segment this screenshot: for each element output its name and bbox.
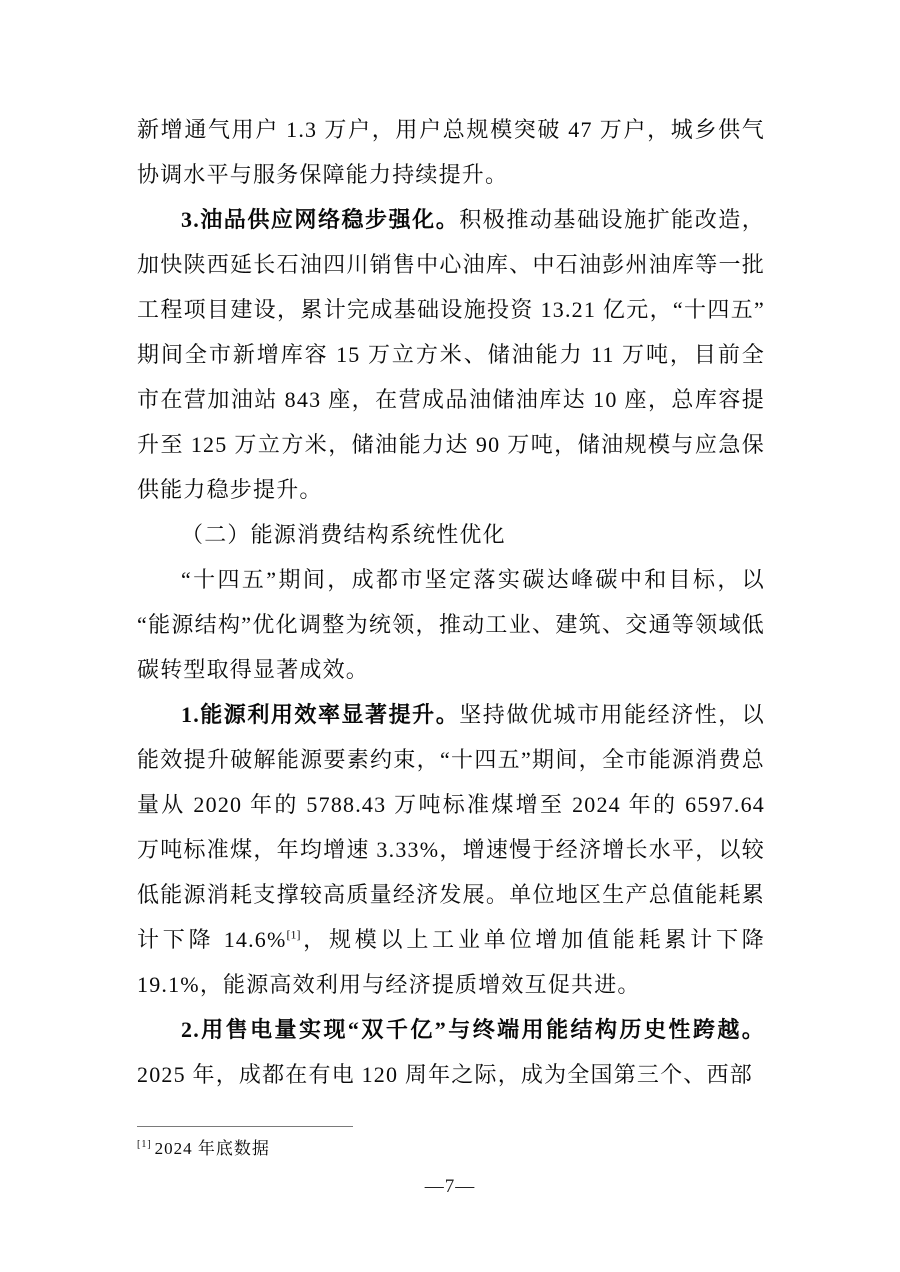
text-run: 坚持做优城市用能经济性，以能效提升破解能源要素约束，“十四五”期间，全市能源消费… <box>137 702 765 952</box>
text-run: “十四五”期间，成都市坚定落实碳达峰碳中和目标，以“能源结构”优化调整为统领，推… <box>137 567 765 682</box>
text-run: 新增通气用户 1.3 万户，用户总规模突破 47 万户，城乡供气协调水平与服务保… <box>137 117 765 187</box>
footnote-area: [1]2024 年底数据 <box>137 1126 765 1159</box>
footnote-content: 2024 年底数据 <box>155 1139 270 1158</box>
footnote-marker: [1] <box>137 1139 152 1150</box>
text-run: 积极推动基础设施扩能改造，加快陕西延长石油四川销售中心油库、中石油彭州油库等一批… <box>137 207 765 502</box>
document-page: 新增通气用户 1.3 万户，用户总规模突破 47 万户，城乡供气协调水平与服务保… <box>0 0 900 1272</box>
inline-heading-electricity: 2.用售电量实现“双千亿”与终端用能结构历史性跨越。 <box>181 1017 765 1042</box>
section-heading-energy-consumption: （二）能源消费结构系统性优化 <box>137 512 765 557</box>
document-body: 新增通气用户 1.3 万户，用户总规模突破 47 万户，城乡供气协调水平与服务保… <box>137 107 765 1097</box>
paragraph-energy-efficiency: 1.能源利用效率显著提升。坚持做优城市用能经济性，以能效提升破解能源要素约束，“… <box>137 692 765 1007</box>
footnote-reference-1: [1] <box>287 928 301 942</box>
footnote-text: [1]2024 年底数据 <box>137 1134 765 1159</box>
paragraph-electricity-milestone: 2.用售电量实现“双千亿”与终端用能结构历史性跨越。2025 年，成都在有电 1… <box>137 1007 765 1097</box>
inline-heading-oil-supply: 3.油品供应网络稳步强化。 <box>181 207 459 232</box>
text-run: 2025 年，成都在有电 120 周年之际，成为全国第三个、西部 <box>137 1062 753 1087</box>
section-heading-text: （二）能源消费结构系统性优化 <box>181 522 506 547</box>
paragraph-gas-users-continuation: 新增通气用户 1.3 万户，用户总规模突破 47 万户，城乡供气协调水平与服务保… <box>137 107 765 197</box>
paragraph-fiveyear-overview: “十四五”期间，成都市坚定落实碳达峰碳中和目标，以“能源结构”优化调整为统领，推… <box>137 557 765 692</box>
paragraph-oil-supply-network: 3.油品供应网络稳步强化。积极推动基础设施扩能改造，加快陕西延长石油四川销售中心… <box>137 197 765 512</box>
footnote-divider <box>137 1126 353 1127</box>
page-number: —7— <box>0 1176 900 1198</box>
inline-heading-energy-efficiency: 1.能源利用效率显著提升。 <box>181 702 459 727</box>
